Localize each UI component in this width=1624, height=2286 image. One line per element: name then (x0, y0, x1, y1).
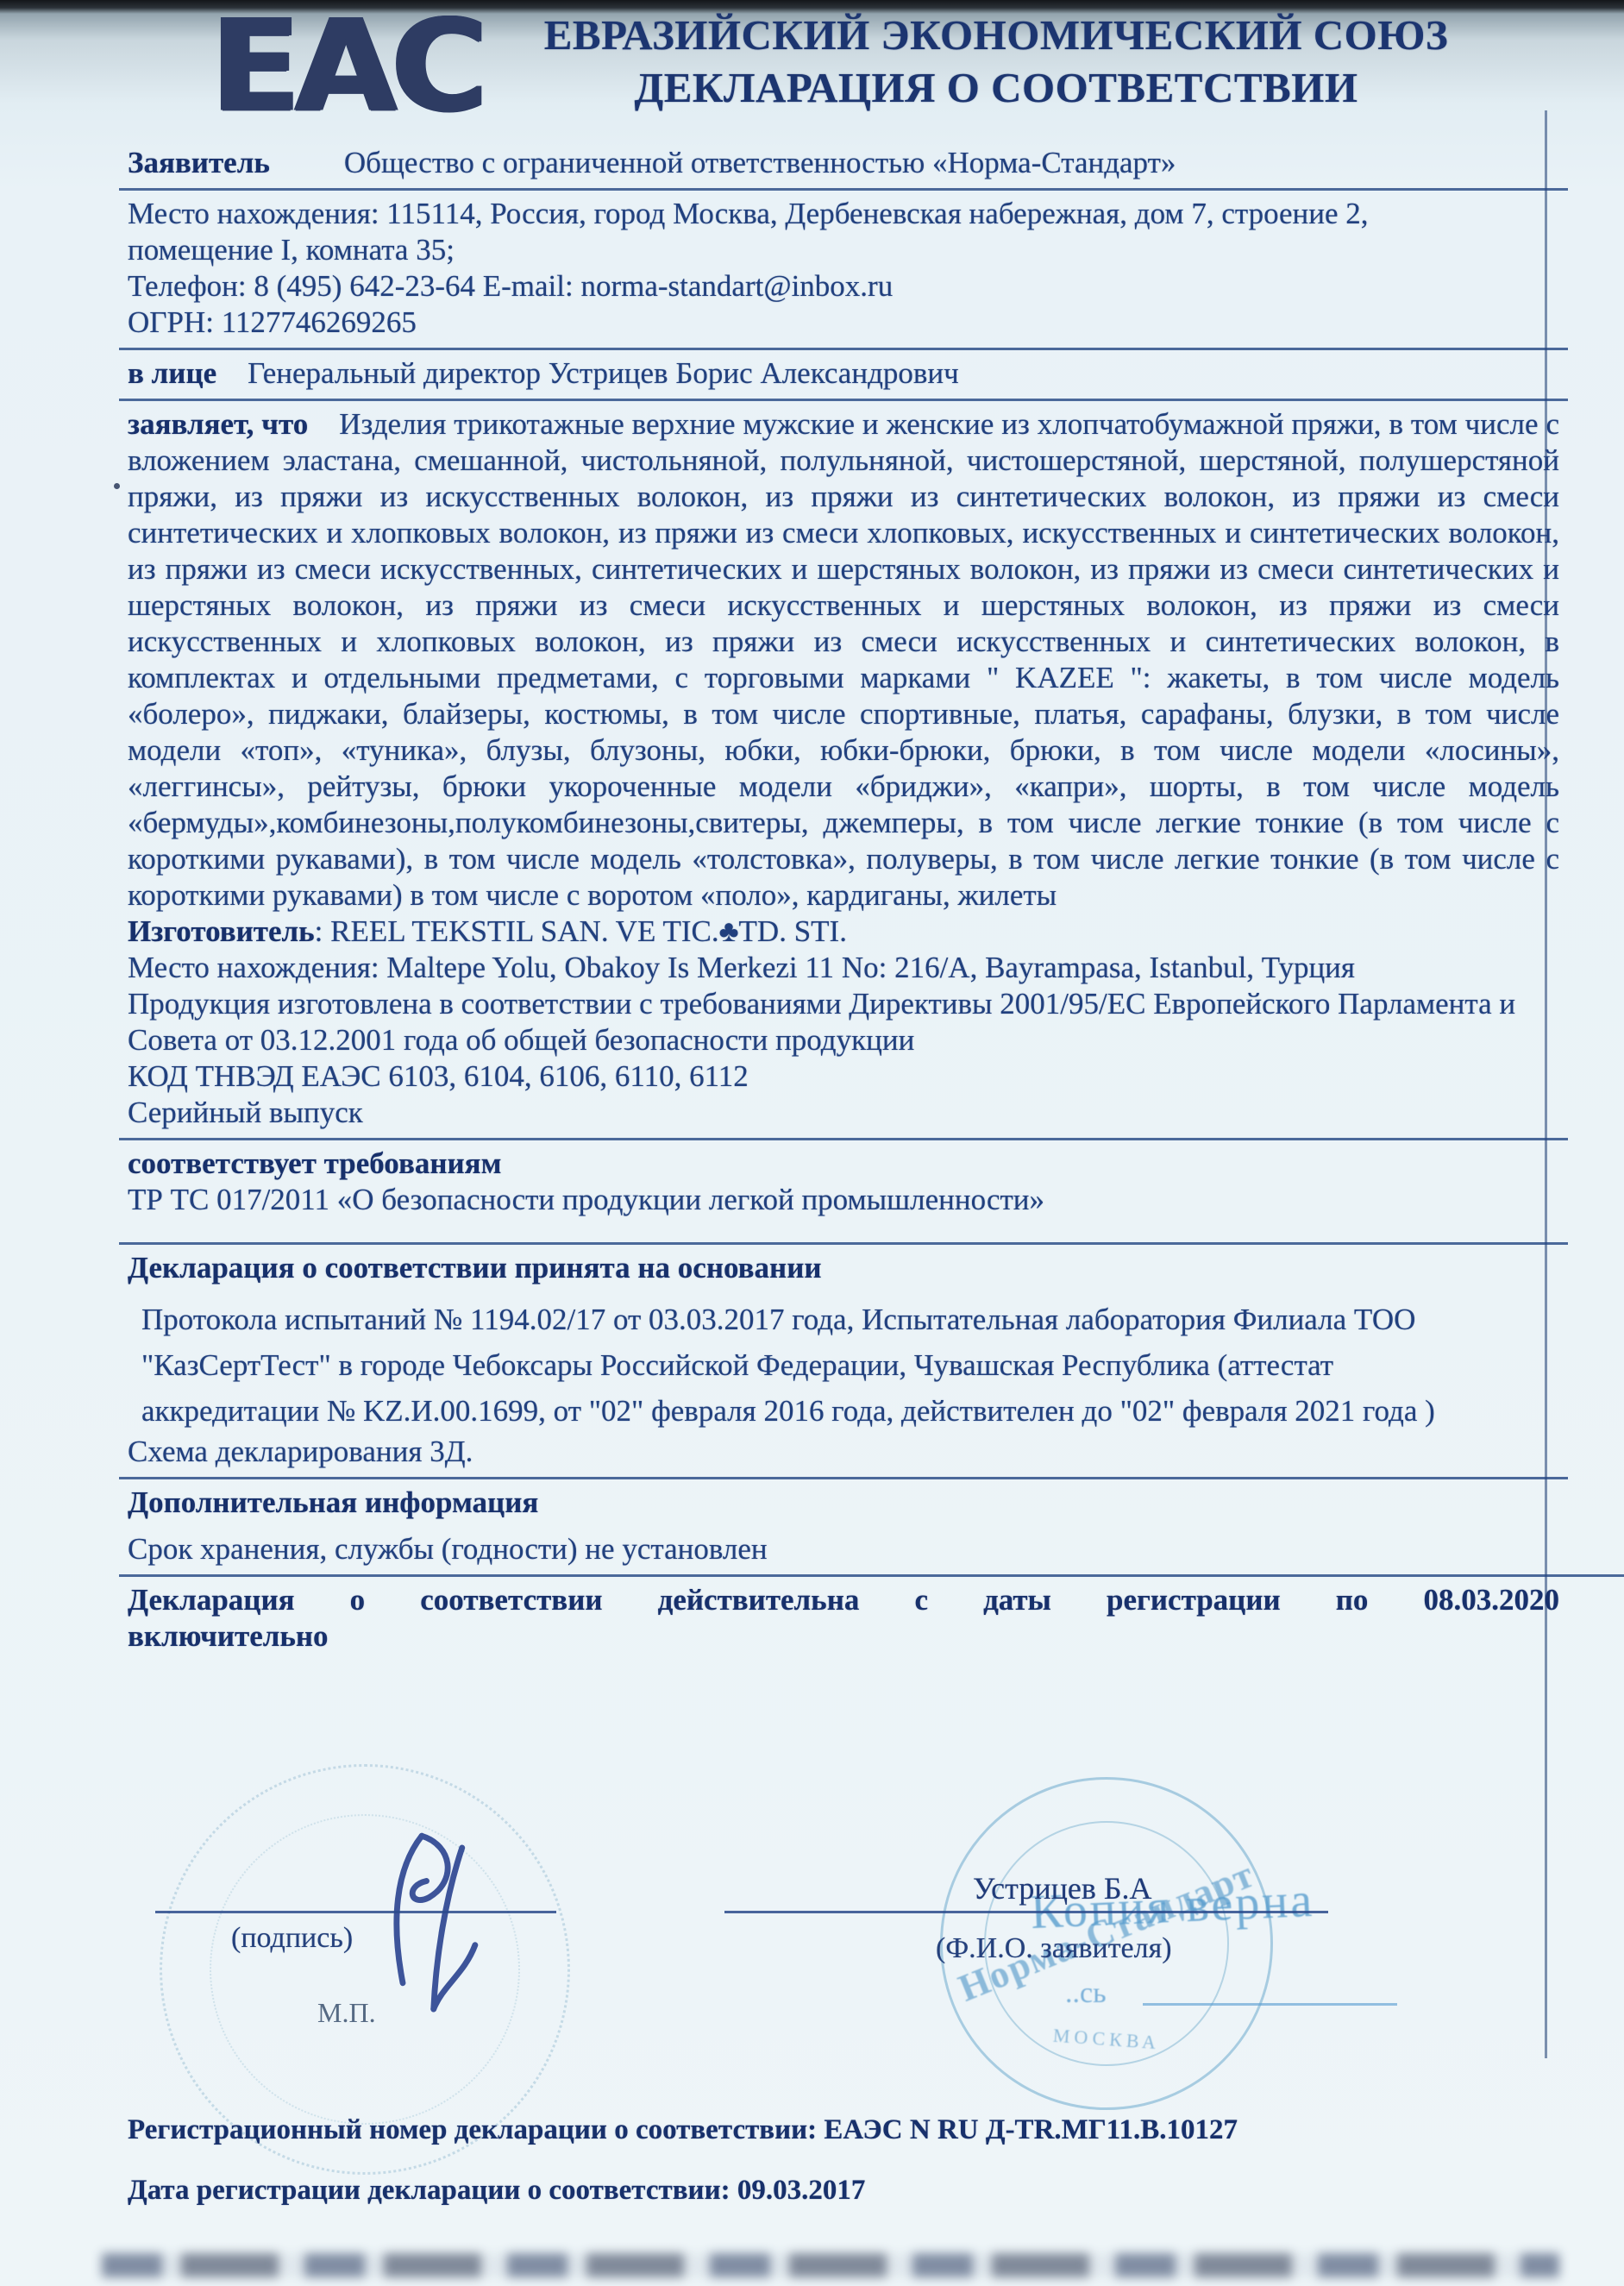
declares-label: заявляет, что (128, 407, 339, 441)
divider (119, 399, 1568, 401)
manufacturer-address: Место нахождения: Maltepe Yolu, Obakoy I… (128, 950, 1559, 986)
document-title: ЕВРАЗИЙСКИЙ ЭКОНОМИЧЕСКИЙ СОЮЗ ДЕКЛАРАЦИ… (448, 9, 1544, 114)
applicant-ogrn: ОГРН: 1127746269265 (128, 305, 1559, 341)
validity-line2: включительно (128, 1618, 1559, 1655)
applicant-details: Место нахождения: 115114, Россия, город … (128, 196, 1559, 341)
production-compliance: Продукция изготовлена в соответствии с т… (128, 986, 1559, 1058)
page-bleed-through (102, 2253, 1559, 2277)
registration-date: Дата регистрации декларации о соответств… (128, 2172, 1559, 2208)
basis-heading: Декларация о соответствии принята на осн… (128, 1250, 1559, 1286)
manufacturer-label: Изготовитель (128, 914, 315, 948)
divider (119, 1242, 1568, 1245)
validity-line1: Декларация о соответствии действительна … (128, 1582, 1559, 1618)
serial-release: Серийный выпуск (128, 1095, 1559, 1131)
handwritten-signature (358, 1829, 505, 2019)
signature-caption: (подпись) (231, 1922, 353, 1955)
document-body: Заявитель Общество с ограниченной ответс… (128, 145, 1559, 1655)
divider (119, 1574, 1624, 1577)
applicant-address-line1: Место нахождения: 115114, Россия, город … (128, 196, 1559, 232)
shelf-life-note: Срок хранения, службы (годности) не уста… (128, 1531, 1559, 1567)
product-description-text: Изделия трикотажные верхние мужские и же… (128, 407, 1559, 912)
product-description: заявляет, чтоИзделия трикотажные верхние… (128, 406, 1559, 914)
stamp-ghost-text: ..сь (1065, 1977, 1107, 2010)
applicant-phone-email: Телефон: 8 (495) 642-23-64 E-mail: norma… (128, 268, 1559, 305)
applicant-signature-name: Устрицев Б.А (973, 1870, 1152, 1906)
applicant-label: Заявитель (128, 145, 270, 181)
name-caption: (Ф.И.О. заявителя) (936, 1932, 1172, 1965)
test-protocol: Протокола испытаний № 1194.02/17 от 03.0… (141, 1297, 1559, 1434)
declaration-scheme: Схема декларирования 3Д. (128, 1434, 1559, 1470)
declaration-document-page: ЕАС ЕВРАЗИЙСКИЙ ЭКОНОМИЧЕСКИЙ СОЮЗ ДЕКЛА… (0, 0, 1624, 2286)
conformity-regulation: ТР ТС 017/2011 «О безопасности продукции… (128, 1182, 1559, 1218)
divider (119, 1138, 1568, 1140)
divider (119, 348, 1568, 350)
additional-info-heading: Дополнительная информация (128, 1485, 1559, 1521)
manufacturer-name: : REEL TEKSTIL SAN. VE TIC.♣TD. STI. (315, 914, 847, 948)
manufacturer-row: Изготовитель: REEL TEKSTIL SAN. VE TIC.♣… (128, 914, 1559, 950)
signature-line (155, 1911, 556, 1913)
person-label: в лице (128, 355, 216, 392)
applicant-address-line2: помещение I, комната 35; (128, 232, 1559, 268)
person-name: Генеральный директор Устрицев Борис Алек… (248, 355, 959, 392)
tnved-codes: КОД ТНВЭД ЕАЭС 6103, 6104, 6106, 6110, 6… (128, 1058, 1559, 1095)
stamp-ghost-line (1143, 2003, 1397, 2006)
stamp-place-mark: М.П. (317, 1997, 376, 2029)
name-line (724, 1911, 1328, 1913)
applicant-name: Общество с ограниченной ответственностью… (344, 145, 1176, 181)
conformity-heading: соответствует требованиям (128, 1146, 1559, 1182)
title-declaration-line: ДЕКЛАРАЦИЯ О СООТВЕТСТВИИ (448, 61, 1544, 114)
applicant-row: Заявитель Общество с ограниченной ответс… (128, 145, 1559, 181)
scan-speck (114, 483, 120, 489)
divider (119, 1477, 1568, 1479)
person-row: в лице Генеральный директор Устрицев Бор… (128, 355, 1559, 392)
registration-number: Регистрационный номер декларации о соотв… (128, 2112, 1559, 2148)
title-union-line: ЕВРАЗИЙСКИЙ ЭКОНОМИЧЕСКИЙ СОЮЗ (448, 9, 1544, 61)
divider (119, 188, 1568, 191)
registration-footer: Регистрационный номер декларации о соотв… (128, 2112, 1559, 2208)
eac-logo: ЕАС (210, 3, 482, 129)
